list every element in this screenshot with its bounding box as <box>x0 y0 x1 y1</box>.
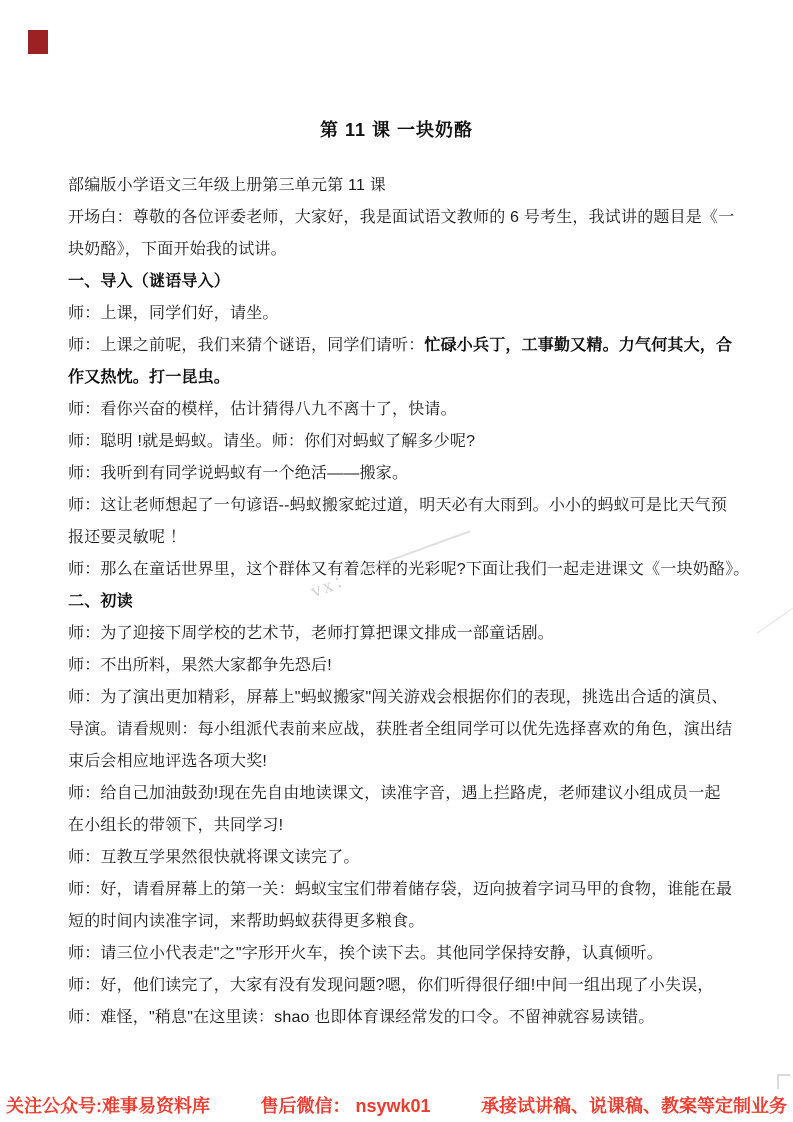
text-line: 开场白：尊敬的各位评委老师，大家好，我是面试语文教师的 6 号考生，我试讲的题目… <box>68 202 740 234</box>
text-segment: 短的时间内读准字词，来帮助蚂蚁获得更多粮食。 <box>68 913 424 930</box>
text-segment: 师：聪明 !就是蚂蚁。请坐。师：你们对蚂蚁了解多少呢? <box>68 433 475 450</box>
text-line: 师：为了迎接下周学校的艺术节，老师打算把课文排成一部童话剧。 <box>68 618 740 650</box>
text-line: 师：难怪，"稍息"在这里读：shao 也即体育课经常发的口令。不留神就容易读错。 <box>68 1002 740 1034</box>
text-segment: 导演。请看规则：每小组派代表前来应战，获胜者全组同学可以优先选择喜欢的角色，演出… <box>68 721 732 738</box>
text-line: 导演。请看规则：每小组派代表前来应战，获胜者全组同学可以优先选择喜欢的角色，演出… <box>68 714 740 746</box>
bold-text-segment: 作又热忱。打一昆虫。 <box>68 369 230 386</box>
text-segment: 师：为了迎接下周学校的艺术节，老师打算把课文排成一部童话剧。 <box>68 625 554 642</box>
text-line: 师：给自己加油鼓劲!现在先自由地读课文，读准字音，遇上拦路虎，老师建议小组成员一… <box>68 778 740 810</box>
text-line: 师：为了演出更加精彩，屏幕上"蚂蚁搬家"闯关游戏会根据你们的表现，挑选出合适的演… <box>68 682 740 714</box>
text-line: 师：好，他们读完了，大家有没有发现问题?嗯，你们听得很仔细!中间一组出现了小失误… <box>68 970 740 1002</box>
footer-text-part: 关注公众号:难事易资料库 <box>6 1092 210 1118</box>
text-segment: 开场白：尊敬的各位评委老师，大家好，我是面试语文教师的 6 号考生，我试讲的题目… <box>68 209 734 226</box>
text-line: 师：互教互学果然很快就将课文读完了。 <box>68 842 740 874</box>
text-segment: 师：这让老师想起了一句谚语--蚂蚁搬家蛇过道，明天必有大雨到。小小的蚂蚁可是比天… <box>68 497 727 514</box>
text-line: 作又热忱。打一昆虫。 <box>68 362 740 394</box>
watermark-fragment <box>756 603 793 634</box>
text-line: 块奶酪》，下面开始我的试讲。 <box>68 234 740 266</box>
text-line: 师：上课之前呢，我们来猜个谜语，同学们请听：忙碌小兵丁，工事勤又精。力气何其大，… <box>68 330 740 362</box>
text-line: 师：我听到有同学说蚂蚁有一个绝活——搬家。 <box>68 458 740 490</box>
text-line: 束后会相应地评选各项大奖! <box>68 746 740 778</box>
text-segment: 师：难怪，"稍息"在这里读：shao 也即体育课经常发的口令。不留神就容易读错。 <box>68 1009 655 1026</box>
bold-text-segment: 忙碌小兵丁，工事勤又精。力气何其大，合 <box>424 337 732 354</box>
red-corner-mark <box>28 30 48 54</box>
text-segment: 报还要灵敏呢 ！ <box>68 529 186 546</box>
text-line: 短的时间内读准字词，来帮助蚂蚁获得更多粮食。 <box>68 906 740 938</box>
text-segment: 部编版小学语文三年级上册第三单元第 11 课 <box>68 177 386 194</box>
text-line: 师：请三位小代表走"之"字形开火车，挨个读下去。其他同学保持安静，认真倾听。 <box>68 938 740 970</box>
text-line: 部编版小学语文三年级上册第三单元第 11 课 <box>68 170 740 202</box>
page-title: 第 11 课 一块奶酪 <box>0 116 793 142</box>
text-line: 师：聪明 !就是蚂蚁。请坐。师：你们对蚂蚁了解多少呢? <box>68 426 740 458</box>
text-segment: 师：看你兴奋的模样，估计猜得八九不离十了，快请。 <box>68 401 457 418</box>
text-segment: 师：为了演出更加精彩，屏幕上"蚂蚁搬家"闯关游戏会根据你们的表现，挑选出合适的演… <box>68 689 728 706</box>
text-segment: 师：上课之前呢，我们来猜个谜语，同学们请听： <box>68 337 424 354</box>
text-line: 师：看你兴奋的模样，估计猜得八九不离十了，快请。 <box>68 394 740 426</box>
text-segment: 师：上课，同学们好，请坐。 <box>68 305 279 322</box>
text-segment: 师：好，请看屏幕上的第一关：蚂蚁宝宝们带着储存袋，迈向披着字词马甲的食物，谁能在… <box>68 881 732 898</box>
text-segment: 师：那么在童话世界里，这个群体又有着怎样的光彩呢?下面让我们一起走进课文《一块奶… <box>68 561 750 578</box>
watermark-fragment <box>777 1074 790 1089</box>
text-line: 师：不出所料，果然大家都争先恐后! <box>68 650 740 682</box>
text-segment: 在小组长的带领下，共同学习! <box>68 817 283 834</box>
text-line: 一、导入（谜语导入） <box>68 266 740 298</box>
text-line: 在小组长的带领下，共同学习! <box>68 810 740 842</box>
footer-text-part: 售后微信： nsywk01 <box>260 1092 430 1118</box>
text-line: 二、初读 <box>68 586 740 618</box>
footer-text-part: 承接试讲稿、说课稿、教案等定制业务 <box>481 1092 787 1118</box>
text-line: 师：好，请看屏幕上的第一关：蚂蚁宝宝们带着储存袋，迈向披着字词马甲的食物，谁能在… <box>68 874 740 906</box>
document-body: 部编版小学语文三年级上册第三单元第 11 课开场白：尊敬的各位评委老师，大家好，… <box>68 170 740 1034</box>
text-line: 报还要灵敏呢 ！ <box>68 522 740 554</box>
text-segment: 师：互教互学果然很快就将课文读完了。 <box>68 849 360 866</box>
text-line: 师：那么在童话世界里，这个群体又有着怎样的光彩呢?下面让我们一起走进课文《一块奶… <box>68 554 740 586</box>
text-line: 师：上课，同学们好，请坐。 <box>68 298 740 330</box>
bold-text-segment: 一、导入（谜语导入） <box>68 273 230 290</box>
text-segment: 师：我听到有同学说蚂蚁有一个绝活——搬家。 <box>68 465 408 482</box>
text-segment: 块奶酪》，下面开始我的试讲。 <box>68 241 287 258</box>
text-segment: 束后会相应地评选各项大奖! <box>68 753 267 770</box>
bold-text-segment: 二、初读 <box>68 593 133 610</box>
document-page: 第 11 课 一块奶酪 部编版小学语文三年级上册第三单元第 11 课开场白：尊敬… <box>0 0 793 1122</box>
text-segment: 师：给自己加油鼓劲!现在先自由地读课文，读准字音，遇上拦路虎，老师建议小组成员一… <box>68 785 721 802</box>
promo-footer: 关注公众号:难事易资料库售后微信： nsywk01承接试讲稿、说课稿、教案等定制… <box>6 1092 787 1118</box>
text-segment: 师：好，他们读完了，大家有没有发现问题?嗯，你们听得很仔细!中间一组出现了小失误… <box>68 977 714 994</box>
text-segment: 师：请三位小代表走"之"字形开火车，挨个读下去。其他同学保持安静，认真倾听。 <box>68 945 663 962</box>
text-line: 师：这让老师想起了一句谚语--蚂蚁搬家蛇过道，明天必有大雨到。小小的蚂蚁可是比天… <box>68 490 740 522</box>
text-segment: 师：不出所料，果然大家都争先恐后! <box>68 657 332 674</box>
